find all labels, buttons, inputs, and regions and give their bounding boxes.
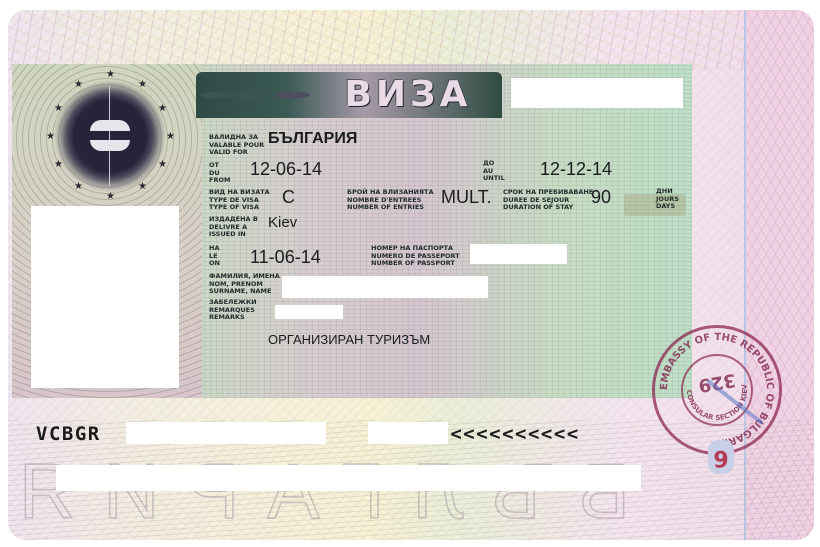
value-until: 12-12-14 — [540, 160, 612, 178]
visa-title: ВИЗА — [318, 74, 498, 116]
label-on: НА LE ON — [209, 245, 220, 268]
value-issued-in: Kiev — [268, 214, 297, 232]
label-number-of-entries: БРОЙ НА ВЛИЗАНИЯТА NOMBRE D'ENTREES NUMB… — [347, 189, 433, 212]
redacted-passport-number — [470, 244, 567, 264]
label-valid-for: ВАЛИДНА ЗА VALABLE POUR VALID FOR — [209, 134, 264, 157]
photo-redacted — [31, 206, 179, 388]
redacted-serial-number — [511, 78, 683, 108]
value-valid-for: БЪЛГАРИЯ — [268, 130, 357, 148]
eu-emblem-icon: ★ ★ ★ ★ ★ ★ ★ ★ ★ ★ ★ ★ — [52, 78, 168, 194]
redacted-surname-name — [282, 276, 488, 298]
label-surname-name: ФАМИЛИЯ, ИМЕНА NOM, PRENOM SURNAME, NAME — [209, 273, 280, 296]
redacted-mrz-name — [126, 422, 326, 444]
label-remarks: ЗАБЕЛЕЖКИ REMARQUES REMARKS — [209, 299, 257, 322]
value-remarks: ОРГАНИЗИРАН ТУРИЗЪМ — [268, 331, 430, 349]
label-duration-of-stay: СРОК НА ПРЕБИВАВАНЕ DUREE DE SEJOUR DURA… — [503, 189, 593, 212]
ghost-country-watermark: БЪЛГАРИЯ — [8, 446, 630, 537]
value-from: 12-06-14 — [250, 160, 322, 178]
label-days: ДНИ JOURS DAYS — [656, 188, 679, 211]
redacted-mrz-line-2 — [56, 465, 641, 491]
label-until: ДО AU UNTIL — [483, 160, 505, 183]
value-duration-of-stay: 90 — [591, 188, 611, 206]
label-from: ОТ DU FROM — [209, 162, 230, 185]
value-type-of-visa: C — [282, 188, 295, 206]
value-number-of-entries: MULT. — [441, 188, 492, 206]
value-on: 11-06-14 — [250, 248, 321, 266]
visa-title-band: ВИЗА — [196, 72, 502, 118]
redacted-remarks-line — [275, 305, 343, 319]
title-ovals-decoration — [200, 76, 310, 114]
page-number: 6 — [708, 440, 734, 474]
redacted-mrz-given-name — [368, 422, 448, 444]
label-passport-number: НОМЕР НА ПАСПОРТА NUMERO DE PASSEPORT NU… — [371, 245, 460, 268]
label-type-of-visa: ВИД НА ВИЗАТА TYPE DE VISA TYPE OF VISA — [209, 189, 270, 212]
label-issued-in: ИЗДАДЕНА В DELIVRE A ISSUED IN — [209, 216, 258, 239]
mrz-prefix: VCBGR — [36, 423, 101, 445]
